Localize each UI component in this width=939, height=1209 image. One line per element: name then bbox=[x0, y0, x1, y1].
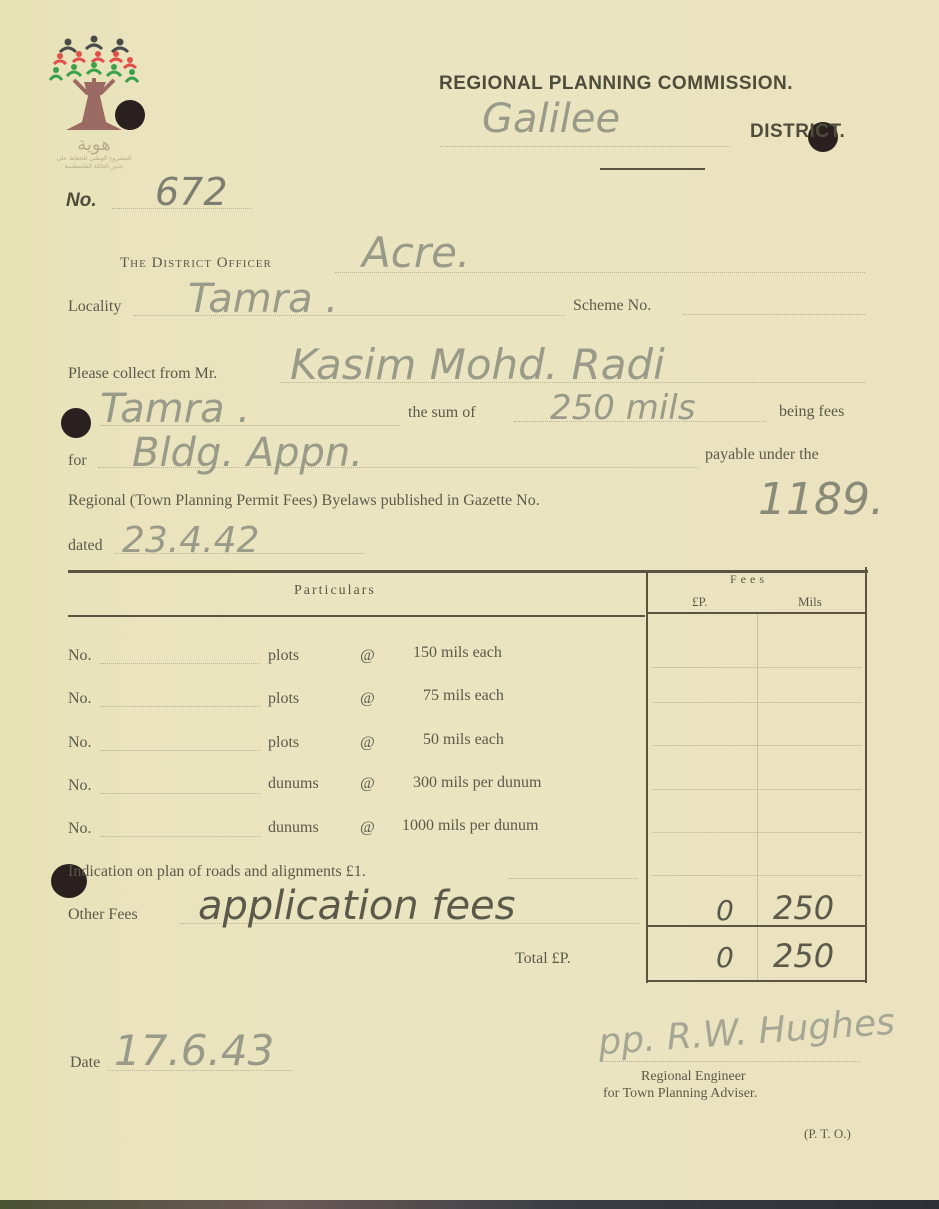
row-at: @ bbox=[360, 775, 375, 793]
logo-caption: هوية المشروع الوطني للحفاظ على جذور العا… bbox=[42, 134, 146, 171]
row-rate: 1000 mils per dunum bbox=[402, 817, 538, 835]
row-at: @ bbox=[360, 819, 375, 837]
logo-arabic-subtitle-2: جذور العائلة الفلسطينية bbox=[42, 163, 146, 171]
byelaws-text: Regional (Town Planning Permit Fees) Bye… bbox=[68, 492, 540, 510]
scan-edge bbox=[0, 1200, 939, 1209]
district-label: DISTRICT. bbox=[750, 121, 845, 143]
row-unit: dunums bbox=[268, 819, 319, 837]
mils-header: Mils bbox=[798, 594, 822, 610]
signatory-title: Regional Engineer bbox=[641, 1069, 746, 1085]
row-unit: dunums bbox=[268, 775, 319, 793]
other-fees-mils: 250 bbox=[773, 889, 834, 927]
total-mils: 250 bbox=[773, 937, 834, 975]
row-no-field bbox=[100, 836, 260, 837]
gazette-number: 1189. bbox=[758, 474, 884, 525]
other-fees-label: Other Fees bbox=[68, 906, 138, 924]
district-officer-value: Acre. bbox=[362, 228, 470, 277]
row-rate: 75 mils each bbox=[423, 687, 504, 705]
row-at: @ bbox=[360, 647, 375, 665]
row-no-label: No. bbox=[68, 820, 92, 838]
date-label: Date bbox=[70, 1054, 100, 1072]
district-name-handwritten: Galilee bbox=[482, 96, 620, 142]
dated-value: 23.4.42 bbox=[122, 520, 259, 561]
row-no-field bbox=[100, 706, 260, 707]
sum-label: the sum of bbox=[408, 404, 476, 422]
scheme-no-label: Scheme No. bbox=[573, 297, 651, 315]
row-no-label: No. bbox=[68, 734, 92, 752]
commission-title: REGIONAL PLANNING COMMISSION. bbox=[439, 73, 793, 95]
collect-label: Please collect from Mr. bbox=[68, 365, 217, 383]
row-rate: 50 mils each bbox=[423, 731, 504, 749]
particulars-header: Particulars bbox=[294, 583, 376, 599]
payable-label: payable under the bbox=[705, 446, 819, 464]
row-rate: 300 mils per dunum bbox=[413, 774, 541, 792]
sum-value: 250 mils bbox=[550, 388, 695, 428]
total-lp: 0 bbox=[716, 941, 734, 974]
logo-arabic-subtitle-1: المشروع الوطني للحفاظ على bbox=[42, 155, 146, 163]
for-value: Bldg. Appn. bbox=[132, 430, 363, 476]
row-at: @ bbox=[360, 690, 375, 708]
fee-row-line bbox=[652, 875, 862, 876]
row-no-label: No. bbox=[68, 777, 92, 795]
row-no-field bbox=[100, 663, 260, 664]
payer-place: Tamra . bbox=[100, 386, 250, 432]
pto-note: (P. T. O.) bbox=[804, 1126, 851, 1142]
row-unit: plots bbox=[268, 690, 299, 708]
dated-label: dated bbox=[68, 537, 103, 555]
lp-header: £P. bbox=[692, 594, 708, 610]
particulars-header-rule bbox=[68, 615, 645, 617]
table-bottom-rule bbox=[647, 980, 867, 982]
row-no-label: No. bbox=[68, 647, 92, 665]
row-unit: plots bbox=[268, 647, 299, 665]
fees-header-rule bbox=[647, 612, 865, 614]
date-value: 17.6.43 bbox=[114, 1026, 274, 1075]
row-no-field bbox=[100, 793, 260, 794]
signature-line bbox=[600, 1061, 860, 1062]
being-fees-label: being fees bbox=[779, 403, 844, 421]
fee-row-line bbox=[652, 702, 862, 703]
form-number-value: 672 bbox=[155, 170, 228, 214]
locality-value: Tamra . bbox=[188, 276, 338, 322]
row-unit: plots bbox=[268, 734, 299, 752]
locality-label: Locality bbox=[68, 298, 121, 316]
district-dotted-line bbox=[440, 146, 730, 147]
fee-row-line bbox=[652, 667, 862, 668]
payer-name: Kasim Mohd. Radi bbox=[290, 340, 665, 389]
row-rate: 150 mils each bbox=[413, 644, 502, 662]
indication-line bbox=[508, 878, 638, 879]
other-fees-lp: 0 bbox=[716, 894, 734, 927]
other-fees-value: application fees bbox=[198, 883, 516, 929]
punch-hole bbox=[115, 100, 145, 130]
row-no-label: No. bbox=[68, 690, 92, 708]
form-number-label: No. bbox=[66, 190, 97, 212]
row-at: @ bbox=[360, 734, 375, 752]
fees-right-border bbox=[865, 567, 867, 983]
document-page: هوية المشروع الوطني للحفاظ على جذور العا… bbox=[0, 0, 939, 1200]
fees-header: Fees bbox=[730, 572, 768, 587]
signature: pp. R.W. Hughes bbox=[597, 1002, 896, 1064]
row-no-field bbox=[100, 750, 260, 751]
logo-arabic-title: هوية bbox=[42, 134, 146, 155]
fee-row-line bbox=[652, 789, 862, 790]
signatory-subtitle: for Town Planning Adviser. bbox=[603, 1086, 757, 1102]
district-officer-label: The District Officer bbox=[120, 255, 272, 272]
fee-row-line bbox=[652, 745, 862, 746]
indication-text: Indication on plan of roads and alignmen… bbox=[68, 863, 366, 881]
fees-table: Particulars Fees £P. Mils No. plots @ 15… bbox=[68, 567, 868, 983]
total-label: Total £P. bbox=[515, 950, 571, 968]
scheme-no-field bbox=[683, 314, 865, 315]
header-rule bbox=[600, 168, 705, 170]
punch-hole bbox=[61, 408, 91, 438]
for-label: for bbox=[68, 452, 87, 470]
fees-left-border bbox=[646, 570, 648, 983]
fee-row-line bbox=[652, 832, 862, 833]
